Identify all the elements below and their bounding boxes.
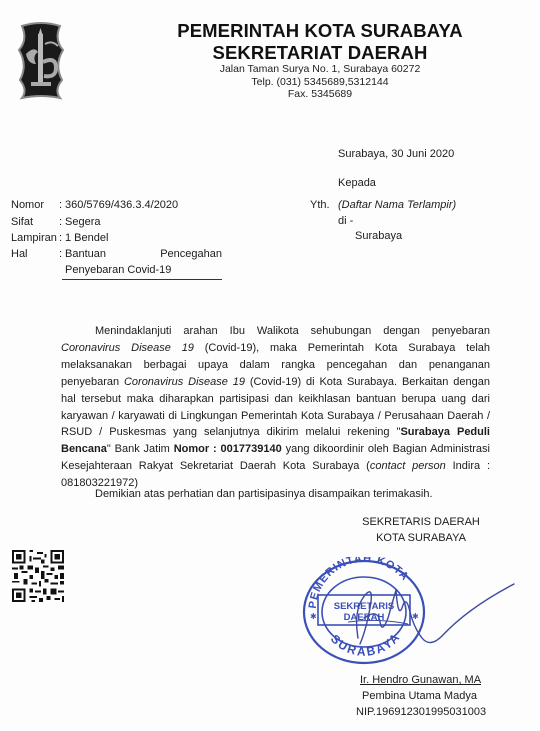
signatory-office: KOTA SURABAYA (360, 532, 482, 545)
hal-word2: Pencegahan (160, 248, 222, 261)
meta-label-nomor: Nomor (11, 199, 44, 212)
recipient-kepada: Kepada (338, 177, 376, 190)
signatory-title: SEKRETARIS DAERAH (360, 516, 482, 529)
address: Jalan Taman Surya No. 1, Surabaya 60272 (120, 63, 520, 75)
qr-code-icon (11, 550, 65, 602)
letter-date: Surabaya, 30 Juni 2020 (338, 148, 454, 161)
meta-value-hal-line1: Bantuan Pencegahan (65, 248, 222, 261)
recipient-yth: Yth. (310, 199, 330, 212)
meta-label-lampiran: Lampiran (11, 232, 57, 245)
closing-sentence: Demikian atas perhatian dan partisipasin… (95, 488, 433, 501)
body-paragraph: Menindaklanjuti arahan Ibu Walikota sehu… (61, 323, 490, 492)
subject-underline (62, 279, 222, 280)
meta-value-hal-line2: Penyebaran Covid-19 (65, 264, 171, 277)
signatory-nip: NIP.196912301995031003 (356, 706, 486, 719)
handwritten-signature-icon (318, 578, 518, 658)
meta-value-lampiran: 1 Bendel (65, 232, 108, 245)
surabaya-coat-of-arms-icon (16, 20, 66, 102)
meta-colon: : (59, 248, 62, 261)
meta-label-hal: Hal (11, 248, 28, 261)
signatory-rank: Pembina Utama Madya (362, 690, 477, 703)
meta-value-sifat: Segera (65, 216, 100, 229)
recipient-name: (Daftar Nama Terlampir) (338, 199, 456, 212)
signatory-name: Ir. Hendro Gunawan, MA (360, 674, 481, 687)
phone: Telp. (031) 5345689,5312144 (120, 76, 520, 88)
hal-word1: Bantuan (65, 248, 106, 261)
recipient-city: Surabaya (355, 230, 402, 243)
institution-name: PEMERINTAH KOTA SURABAYA (120, 20, 520, 42)
meta-colon: : (59, 216, 62, 229)
recipient-di: di - (338, 215, 353, 228)
meta-colon: : (59, 199, 62, 212)
fax: Fax. 5345689 (120, 88, 520, 100)
meta-value-nomor: 360/5769/436.3.4/2020 (65, 199, 178, 212)
department-name: SEKRETARIAT DAERAH (120, 42, 520, 64)
letter-body: Menindaklanjuti arahan Ibu Walikota sehu… (61, 323, 490, 492)
meta-colon: : (59, 232, 62, 245)
meta-label-sifat: Sifat (11, 216, 33, 229)
svg-text:✱: ✱ (310, 612, 317, 621)
